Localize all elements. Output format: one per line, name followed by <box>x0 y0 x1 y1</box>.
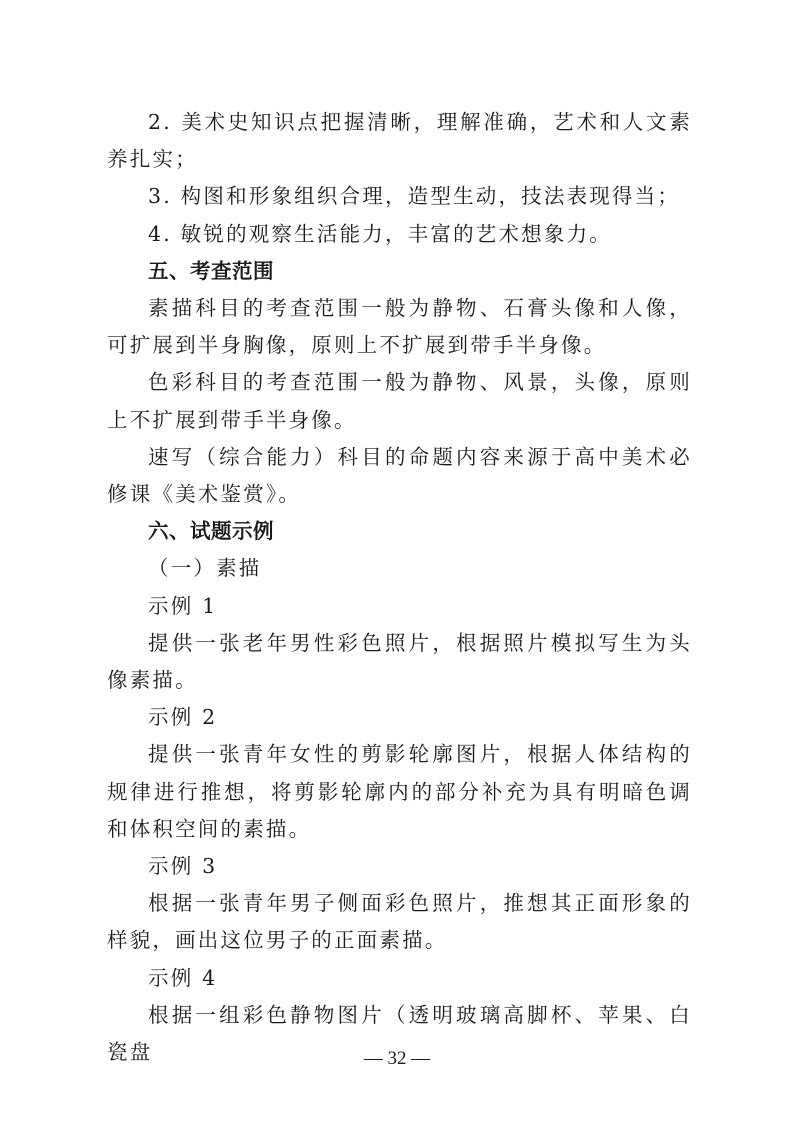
example-2-text: 提供一张青年女性的剪影轮廓图片，根据人体结构的规律进行推想，将剪影轮廓内的部分补… <box>107 736 692 848</box>
criterion-4: 4. 敏锐的观察生活能力，丰富的艺术想象力。 <box>107 216 692 253</box>
subsection-sketch: （一）素描 <box>107 550 692 587</box>
document-page: 2. 美术史知识点把握清晰，理解准确，艺术和人文素养扎实； 3. 构图和形象组织… <box>107 104 692 1071</box>
section-heading-scope: 五、考查范围 <box>107 253 692 290</box>
example-3-text: 根据一张青年男子侧面彩色照片，推想其正面形象的样貌，画出这位男子的正面素描。 <box>107 885 692 959</box>
scope-quick-sketch: 速写（综合能力）科目的命题内容来源于高中美术必修课《美术鉴赏》。 <box>107 439 692 513</box>
example-1-text: 提供一张老年男性彩色照片，根据照片模拟写生为头像素描。 <box>107 625 692 699</box>
criterion-3: 3. 构图和形象组织合理，造型生动，技法表现得当； <box>107 178 692 215</box>
example-2-label: 示例 2 <box>107 699 692 736</box>
example-4-label: 示例 4 <box>107 960 692 997</box>
section-heading-examples: 六、试题示例 <box>107 513 692 550</box>
scope-sketch: 素描科目的考查范围一般为静物、石膏头像和人像，可扩展到半身胸像，原则上不扩展到带… <box>107 290 692 364</box>
page-number: — 32 — <box>0 1048 794 1070</box>
criterion-2: 2. 美术史知识点把握清晰，理解准确，艺术和人文素养扎实； <box>107 104 692 178</box>
example-3-label: 示例 3 <box>107 848 692 885</box>
scope-color: 色彩科目的考查范围一般为静物、风景，头像，原则上不扩展到带手半身像。 <box>107 364 692 438</box>
example-1-label: 示例 1 <box>107 588 692 625</box>
